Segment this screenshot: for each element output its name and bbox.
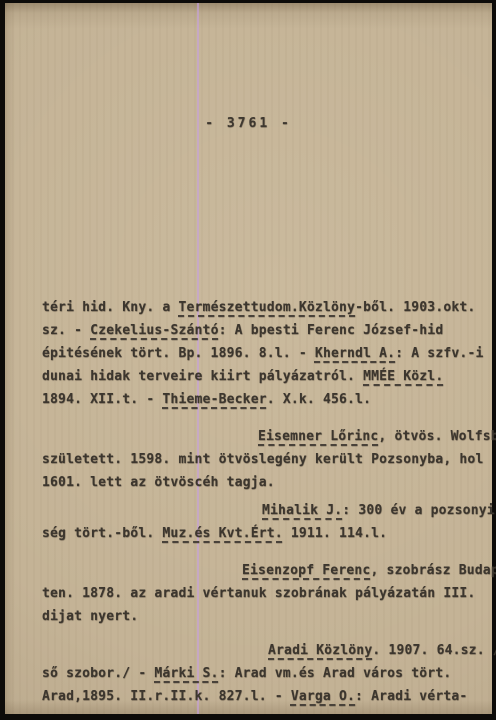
text-line: Aradi Közlöny. 1907. 64.sz. /Az el- <box>42 639 484 662</box>
underlined-citation: Természettudom.Közlöny <box>178 300 355 315</box>
page-number: - 3761 - <box>5 116 492 131</box>
text-segment: : A bpesti Ferenc József-hid <box>219 323 444 338</box>
underlined-citation: Muz.és Kvt.Ért. <box>162 526 282 541</box>
underlined-citation: Márki S. <box>154 666 218 681</box>
text-segment: sz. - <box>42 323 90 338</box>
text-line: született. 1598. mint ötvöslegény került… <box>42 448 484 471</box>
paragraph: Mihalik J.: 300 év a pozsonyi ötvös-ség … <box>42 499 484 545</box>
text-segment: 1601. lett az ötvöscéh tagja. <box>42 475 275 490</box>
text-segment: , ötvös. Wolfsbergben <box>378 429 496 444</box>
paragraph: téri hid. Kny. a Természettudom.Közlöny-… <box>42 296 484 411</box>
underlined-citation: Aradi Közlöny <box>268 643 372 658</box>
underlined-citation: Varga O. <box>291 689 355 704</box>
underlined-citation: MMÉE Közl. <box>363 369 443 384</box>
text-segment: téri hid. Kny. a <box>42 300 178 315</box>
text-segment: . X.k. 456.l. <box>267 392 371 407</box>
text-segment: : 300 év a pozsonyi ötvös- <box>342 503 496 518</box>
text-line: Eisenzopf Ferenc, szobrász Budapes- <box>42 559 484 582</box>
text-segment: Arad,1895. II.r.II.k. 827.l. - <box>42 689 291 704</box>
typewritten-text-block: téri hid. Kny. a Természettudom.Közlöny-… <box>42 296 484 708</box>
paragraph: Aradi Közlöny. 1907. 64.sz. /Az el-ső sz… <box>42 639 484 708</box>
underlined-citation: Eisenzopf Ferenc <box>242 563 370 578</box>
text-line: 1601. lett az ötvöscéh tagja. <box>42 471 484 494</box>
text-segment: . 1907. 64.sz. /Az el- <box>372 643 496 658</box>
text-segment: ső szobor./ - <box>42 666 154 681</box>
underlined-citation: Kherndl A. <box>315 346 395 361</box>
text-segment: , szobrász Budapes- <box>370 563 496 578</box>
text-line: Arad,1895. II.r.II.k. 827.l. - Varga O.:… <box>42 685 484 708</box>
text-segment: -ből. 1903.okt. <box>355 300 475 315</box>
text-segment: ség tört.-ből. <box>42 526 162 541</box>
underlined-citation: Thieme-Becker <box>162 392 266 407</box>
text-line: Eisemner Lőrinc, ötvös. Wolfsbergben <box>42 425 484 448</box>
text-line: sz. - Czekelius-Szántó: A bpesti Ferenc … <box>42 319 484 342</box>
text-line: épitésének tört. Bp. 1896. 8.l. - Khernd… <box>42 342 484 365</box>
text-segment: 1911. 114.l. <box>283 526 387 541</box>
paragraph: Eisenzopf Ferenc, szobrász Budapes-ten. … <box>42 559 484 628</box>
text-line: ten. 1878. az aradi vértanuk szobrának p… <box>42 582 484 605</box>
text-line: dijat nyert. <box>42 605 484 628</box>
text-segment: ten. 1878. az aradi vértanuk szobrának p… <box>42 586 475 601</box>
text-line: ség tört.-ből. Muz.és Kvt.Ért. 1911. 114… <box>42 522 484 545</box>
underlined-citation: Czekelius-Szántó <box>90 323 218 338</box>
paragraph: Eisemner Lőrinc, ötvös. Wolfsbergbenszül… <box>42 425 484 494</box>
text-segment: épitésének tört. Bp. 1896. 8.l. - <box>42 346 315 361</box>
scanned-page: - 3761 - téri hid. Kny. a Természettudom… <box>5 3 492 714</box>
text-segment: : Aradi vérta- <box>355 689 467 704</box>
text-segment: született. 1598. mint ötvöslegény került… <box>42 452 483 467</box>
underlined-citation: Mihalik J. <box>262 503 342 518</box>
text-line: ső szobor./ - Márki S.: Arad vm.és Arad … <box>42 662 484 685</box>
text-segment: : A szfv.-i <box>395 346 483 361</box>
text-line: 1894. XII.t. - Thieme-Becker. X.k. 456.l… <box>42 388 484 411</box>
text-segment: : Arad vm.és Arad város tört. <box>219 666 452 681</box>
text-line: Mihalik J.: 300 év a pozsonyi ötvös- <box>42 499 484 522</box>
text-segment: 1894. XII.t. - <box>42 392 162 407</box>
text-segment: dunai hidak terveire kiirt pályázatról. <box>42 369 363 384</box>
text-line: téri hid. Kny. a Természettudom.Közlöny-… <box>42 296 484 319</box>
text-segment: dijat nyert. <box>42 609 138 624</box>
underlined-citation: Eisemner Lőrinc <box>258 429 378 444</box>
text-line: dunai hidak terveire kiirt pályázatról. … <box>42 365 484 388</box>
